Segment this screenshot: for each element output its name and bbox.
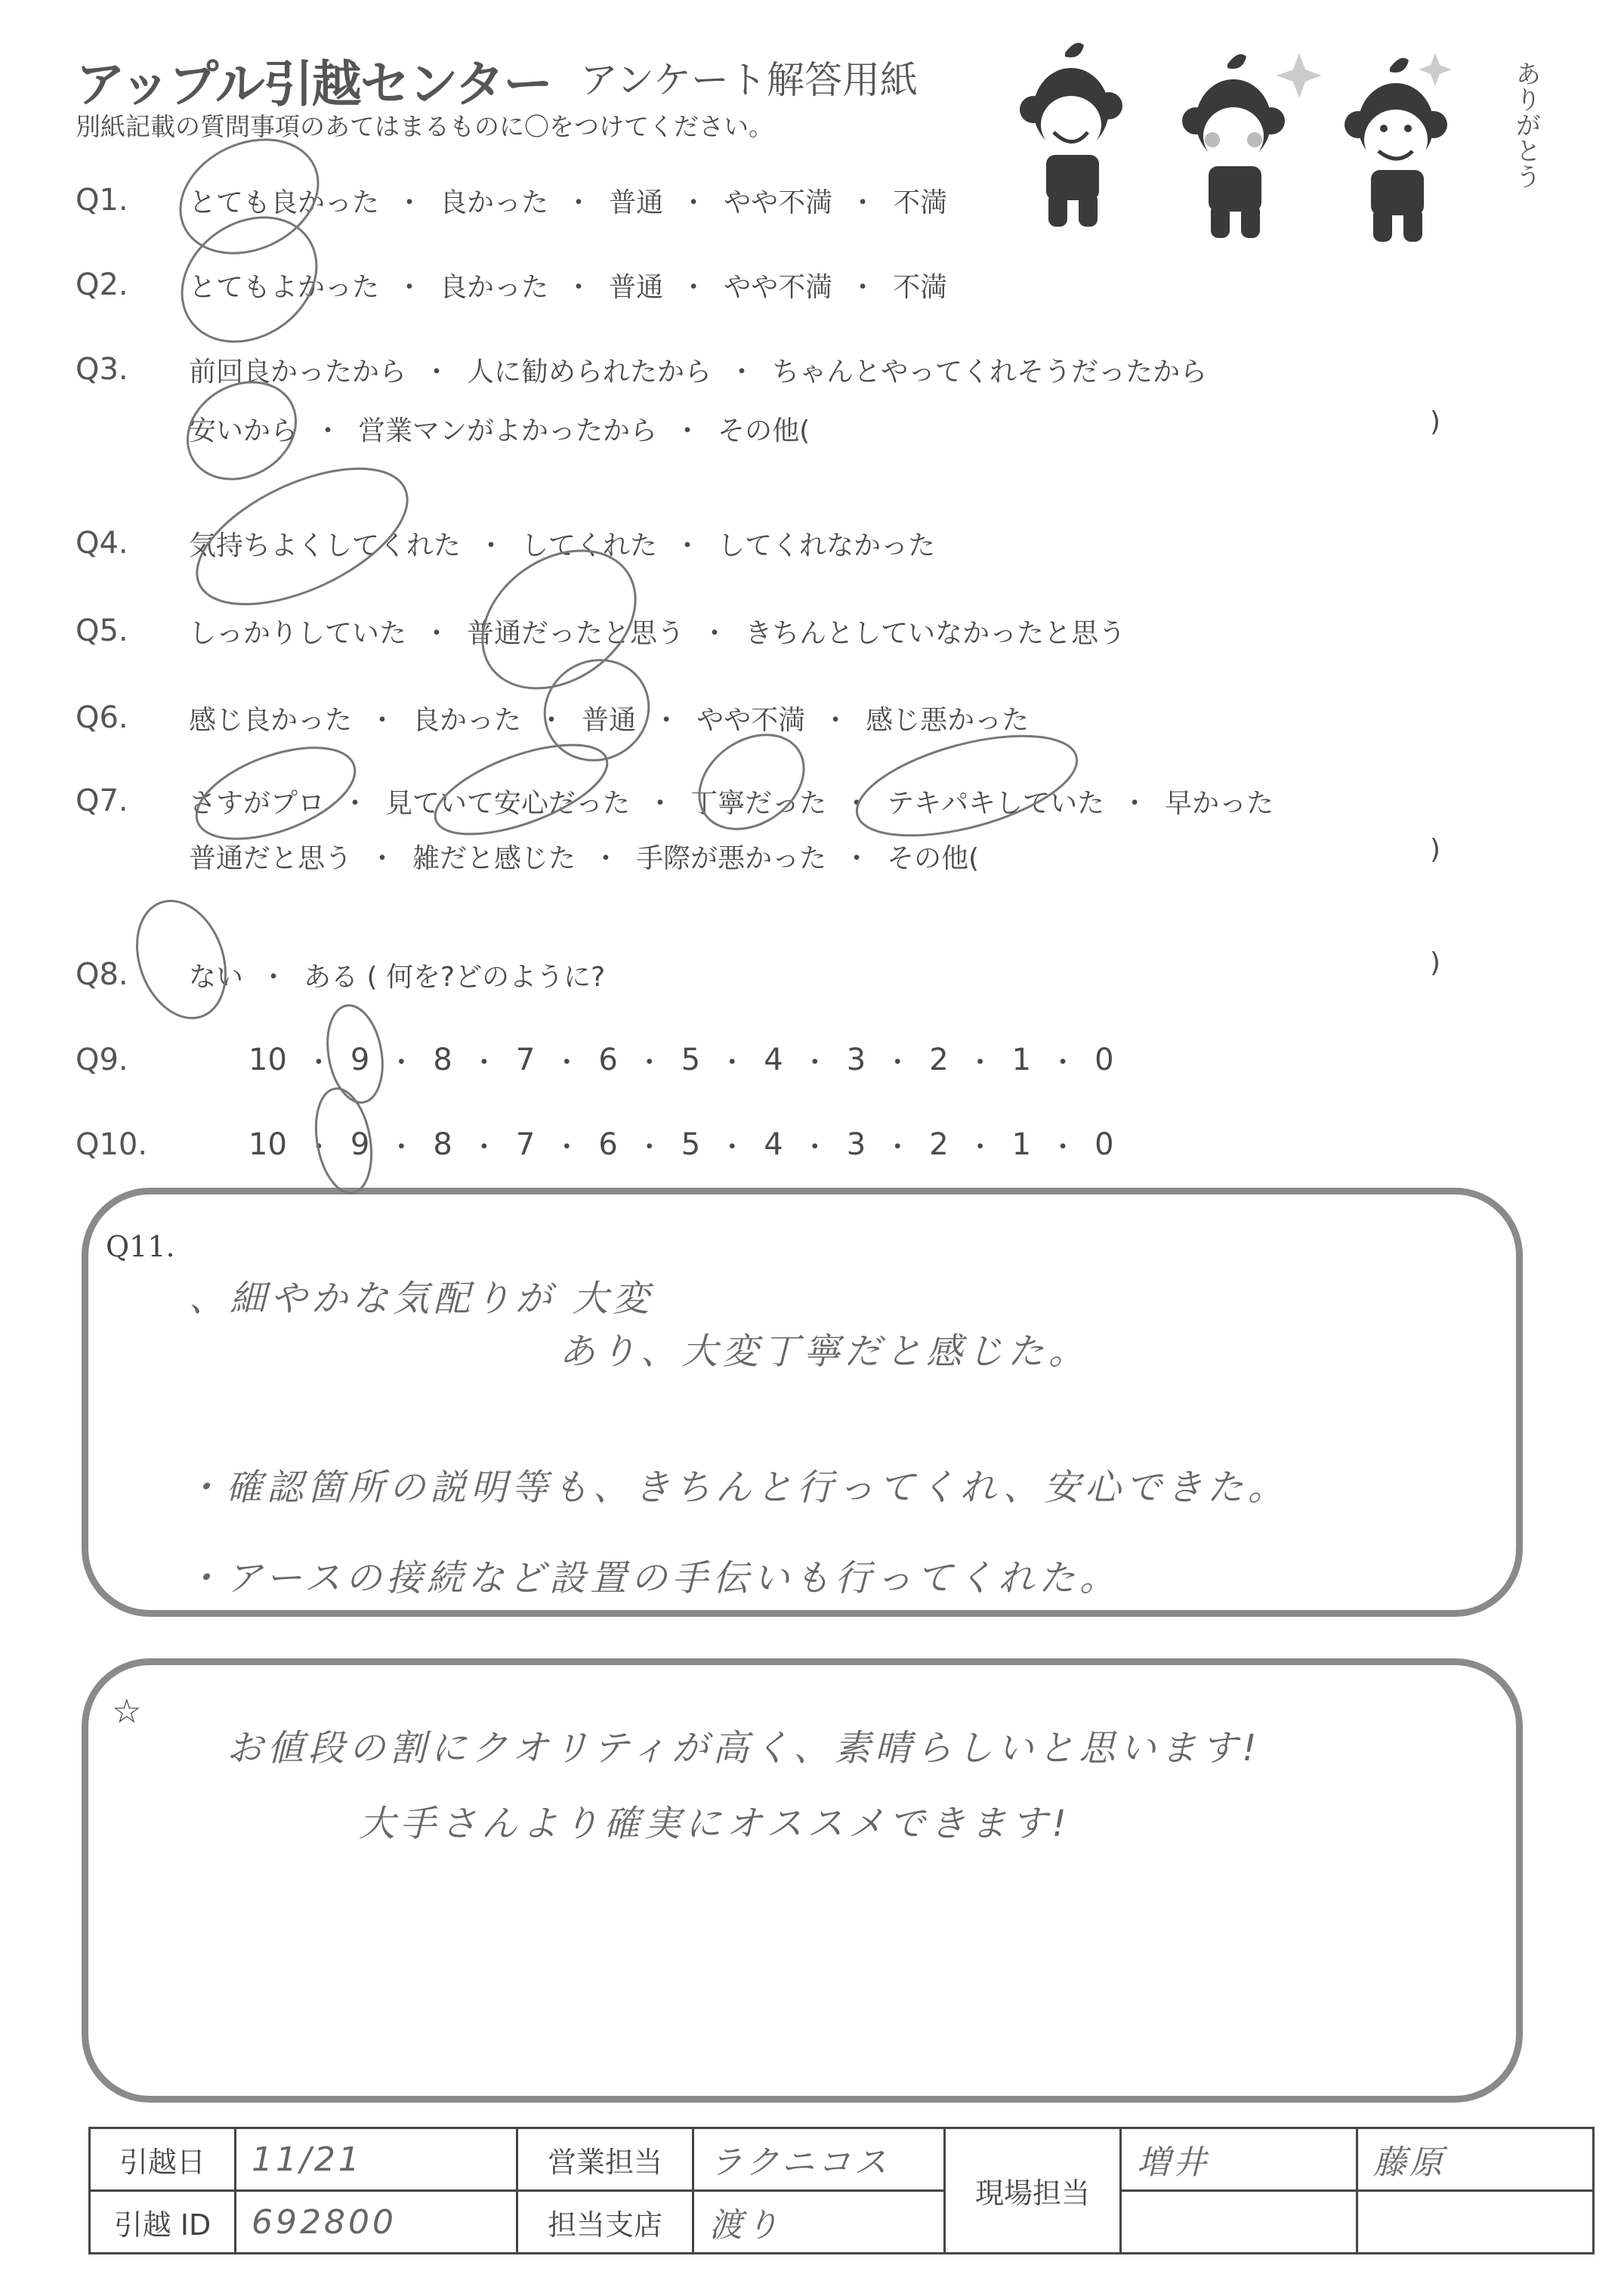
score-option[interactable]: 1 — [1009, 1127, 1034, 1162]
option[interactable]: ある ( 何を?どのように? — [304, 956, 605, 994]
question-label: Q8. — [76, 957, 189, 992]
question-q5: Q5. しっかりしていた・ 普通だったと思う・ きちんとしていなかったと思う — [76, 612, 1125, 650]
option[interactable]: 丁寧だった — [690, 782, 826, 820]
option[interactable]: 安いから — [189, 409, 298, 448]
site-staff-2[interactable]: 藤原 — [1357, 2128, 1594, 2191]
score-option[interactable]: 10 — [245, 1043, 290, 1077]
score-option[interactable]: 1 — [1009, 1043, 1034, 1077]
handwritten-line: あり、大変丁寧だと感じた。 — [559, 1322, 1089, 1374]
option[interactable]: 普通だったと思う — [467, 612, 684, 651]
move-id-value[interactable]: 692800 — [236, 2191, 517, 2254]
question-label: Q7. — [76, 783, 189, 818]
score-option[interactable]: 5 — [678, 1043, 703, 1077]
sales-rep-label: 営業担当 — [517, 2128, 693, 2191]
q11-label: Q11. — [106, 1230, 175, 1263]
form-subtitle: アンケート解答用紙 — [580, 50, 918, 104]
close-paren: ) — [1430, 834, 1440, 865]
option[interactable]: してくれなかった — [718, 524, 935, 563]
score-option[interactable]: 2 — [926, 1043, 951, 1077]
option-other[interactable]: その他( — [887, 837, 979, 876]
option[interactable]: 手際が悪かった — [636, 837, 826, 876]
question-label: Q5. — [76, 613, 189, 648]
option[interactable]: とてもよかった — [189, 266, 379, 304]
move-date-label: 引越日 — [90, 2128, 236, 2191]
site-staff-4[interactable] — [1357, 2191, 1594, 2254]
score-option[interactable]: 0 — [1091, 1043, 1116, 1077]
option[interactable]: とても良かった — [189, 181, 379, 220]
score-option[interactable]: 0 — [1091, 1127, 1116, 1162]
option[interactable]: やや不満 — [696, 699, 805, 737]
option-other[interactable]: その他( — [718, 409, 810, 448]
mascot-caption: ありがとう — [1511, 60, 1541, 189]
move-id-label: 引越 ID — [90, 2191, 236, 2254]
option[interactable]: 感じ悪かった — [866, 699, 1029, 737]
option[interactable]: してくれた — [521, 524, 657, 563]
star-icon: ☆ — [112, 1692, 141, 1731]
score-option[interactable]: 6 — [595, 1043, 620, 1077]
question-label: Q2. — [76, 267, 189, 302]
option[interactable]: 営業マンがよかったから — [358, 409, 657, 448]
score-option[interactable]: 3 — [844, 1127, 869, 1162]
site-staff-3[interactable] — [1121, 2191, 1357, 2254]
score-option[interactable]: 8 — [430, 1127, 455, 1162]
score-option[interactable]: 5 — [678, 1127, 703, 1162]
option[interactable]: 普通 — [582, 699, 636, 737]
question-q6: Q6. 感じ良かった・ 良かった・ 普通・ やや不満・ 感じ悪かった — [76, 699, 1029, 737]
move-info-table: 引越日 11/21 営業担当 ラクニコス 現場担当 増井 藤原 引越 ID 69… — [88, 2127, 1595, 2254]
option[interactable]: 雑だと感じた — [412, 837, 576, 876]
option[interactable]: さすがプロ — [189, 782, 325, 820]
score-option[interactable]: 7 — [513, 1127, 538, 1162]
option[interactable]: やや不満 — [724, 266, 832, 304]
option[interactable]: 感じ良かった — [189, 699, 352, 737]
handwritten-line: ・確認箇所の説明等も、きちんと行ってくれ、安心できた。 — [185, 1458, 1289, 1510]
option[interactable]: テキパキしていた — [887, 782, 1104, 820]
question-q10: Q10. 10・ 9・ 8・ 7・ 6・ 5・ 4・ 3・ 2・ 1・ 0 — [76, 1126, 1117, 1163]
option[interactable]: しっかりしていた — [189, 612, 406, 651]
option[interactable]: 早かった — [1165, 782, 1274, 820]
mascot-illustration: ありがとう — [1012, 30, 1564, 242]
score-option[interactable]: 4 — [761, 1043, 786, 1077]
question-label: Q9. — [76, 1043, 245, 1077]
question-label: Q1. — [76, 183, 189, 218]
score-option[interactable]: 6 — [595, 1127, 620, 1162]
mascot-icon-2 — [1182, 54, 1285, 238]
question-q8: Q8. ない・ ある ( 何を?どのように? — [76, 956, 605, 994]
handwritten-line: 大手さんより確実にオススメできます! — [359, 1794, 1071, 1846]
option[interactable]: 普通 — [609, 266, 663, 304]
option[interactable]: 人に勧められたから — [467, 351, 712, 389]
question-q3-line2: 安いから・ 営業マンがよかったから・ その他( — [189, 409, 810, 447]
option[interactable]: 普通 — [609, 181, 663, 220]
score-option[interactable]: 10 — [245, 1127, 290, 1162]
handwritten-line: お値段の割にクオリティが高く、素晴らしいと思います! — [227, 1719, 1261, 1771]
option[interactable]: ない — [189, 956, 243, 994]
instruction-text: 別紙記載の質問事項のあてはまるものに〇をつけてください。 — [76, 107, 773, 143]
option[interactable]: 良かった — [440, 266, 548, 304]
question-q2: Q2. とてもよかった・ 良かった・ 普通・ やや不満・ 不満 — [76, 266, 947, 304]
option[interactable]: 不満 — [893, 266, 947, 304]
handwritten-line: ・アースの接続など設置の手伝いも行ってくれた。 — [185, 1549, 1120, 1601]
mascot-icon-3 — [1345, 58, 1447, 242]
question-q7-line2: 普通だと思う・ 雑だと感じた・ 手際が悪かった・ その他( — [189, 837, 979, 875]
company-title: アップル引越センター — [76, 44, 551, 116]
sales-rep-value[interactable]: ラクニコス — [693, 2128, 945, 2191]
option[interactable]: 良かった — [440, 181, 548, 220]
score-option[interactable]: 9 — [347, 1043, 372, 1077]
option[interactable]: 前回良かったから — [189, 351, 406, 389]
question-q7: Q7. さすがプロ・ 見ていて安心だった・ 丁寧だった・ テキパキしていた・ 早… — [76, 782, 1274, 820]
question-q1: Q1. とても良かった・ 良かった・ 普通・ やや不満・ 不満 — [76, 181, 947, 219]
option[interactable]: 見ていて安心だった — [385, 782, 630, 820]
option[interactable]: やや不満 — [724, 181, 832, 220]
move-date-value[interactable]: 11/21 — [236, 2128, 517, 2191]
branch-label: 担当支店 — [517, 2191, 693, 2254]
site-staff-label: 現場担当 — [945, 2128, 1121, 2254]
option[interactable]: ちゃんとやってくれそうだったから — [772, 351, 1207, 389]
mascot-icon-1 — [1020, 43, 1122, 227]
handwritten-line: 、細やかな気配りが 大変 — [189, 1269, 653, 1321]
question-q4: Q4. 気持ちよくしてくれた・ してくれた・ してくれなかった — [76, 524, 935, 562]
close-paren: ) — [1430, 406, 1440, 437]
score-option[interactable]: 2 — [926, 1127, 951, 1162]
sparkle-icon — [1419, 53, 1452, 86]
option[interactable]: 不満 — [893, 181, 947, 220]
sparkle-icon — [1277, 53, 1322, 98]
option[interactable]: 普通だと思う — [189, 837, 352, 876]
option[interactable]: 気持ちよくしてくれた — [189, 524, 461, 563]
score-option[interactable]: 4 — [761, 1127, 786, 1162]
option[interactable]: 良かった — [412, 699, 521, 737]
score-option[interactable]: 3 — [844, 1043, 869, 1077]
site-staff-1[interactable]: 増井 — [1121, 2128, 1357, 2191]
question-label: Q4. — [76, 526, 189, 561]
question-label: Q6. — [76, 700, 189, 735]
score-option[interactable]: 7 — [513, 1043, 538, 1077]
question-label: Q3. — [76, 352, 189, 387]
question-q9: Q9. 10・ 9・ 8・ 7・ 6・ 5・ 4・ 3・ 2・ 1・ 0 — [76, 1041, 1117, 1079]
close-paren: ) — [1430, 947, 1440, 978]
question-q3: Q3. 前回良かったから・ 人に勧められたから・ ちゃんとやってくれそうだったか… — [76, 351, 1207, 388]
question-label: Q10. — [76, 1127, 245, 1162]
option[interactable]: きちんとしていなかったと思う — [745, 612, 1125, 651]
branch-value[interactable]: 渡り — [693, 2191, 945, 2254]
score-option[interactable]: 8 — [430, 1043, 455, 1077]
score-option[interactable]: 9 — [347, 1127, 372, 1162]
